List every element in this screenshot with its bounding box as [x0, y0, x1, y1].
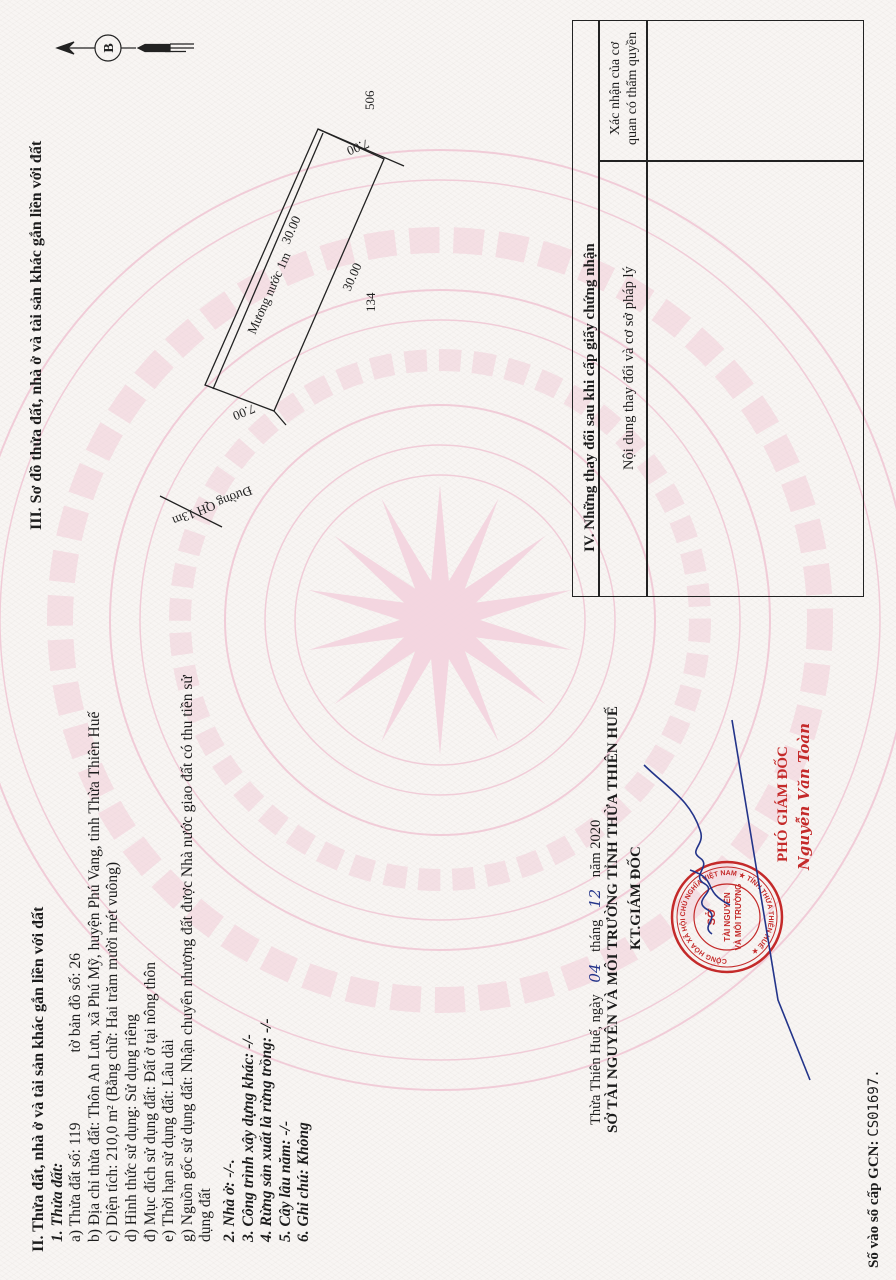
signer-name: Nguyễn Văn Toàn [795, 723, 813, 870]
svg-text:TÀI NGUYÊN: TÀI NGUYÊN [723, 892, 732, 942]
column-changes-header: Nội dung thay đổi và cơ sở pháp lý [621, 266, 638, 470]
deputy-director-title: PHÓ GIÁM ĐỐC [775, 746, 792, 862]
svg-text:VÀ MÔI TRƯỜNG: VÀ MÔI TRƯỜNG [734, 884, 743, 951]
gcn-registration: Số vào sổ cấp GCN: CS01697. [866, 1069, 883, 1268]
column-confirm-header: Xác nhận của cơ quan có thẩm quyền [607, 32, 641, 145]
gcn-value: CS01697. [866, 1069, 882, 1136]
table-divider-rows [598, 160, 864, 162]
gcn-label: Số vào sổ cấp GCN: [866, 1140, 882, 1268]
table-divider-columns [646, 20, 648, 597]
section-iv-title: IV. Những thay đổi sau khi cấp giấy chứn… [582, 243, 599, 552]
